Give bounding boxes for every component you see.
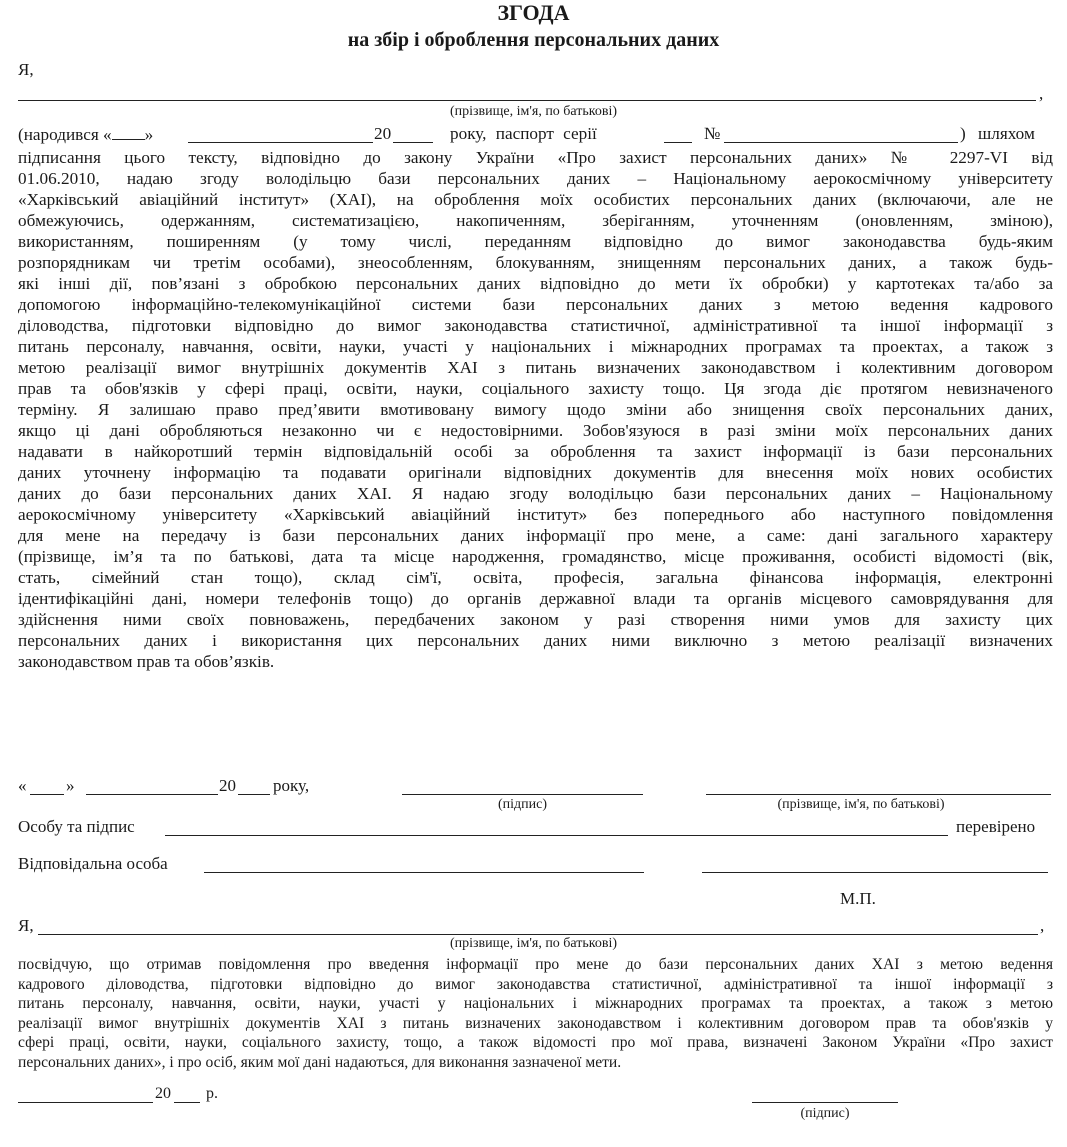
verified-label: Особу та підпис xyxy=(18,817,135,837)
paragraph-line: реалізації вимог внутрішніх документів Х… xyxy=(18,1014,1053,1034)
birth-passport-line: (народився «» xyxy=(18,124,153,145)
paragraph-line: питань персоналу, навчання, освіти, наук… xyxy=(18,336,1053,357)
paragraph-line: аерокосмічному університету «Харківський… xyxy=(18,504,1053,525)
verified-field[interactable] xyxy=(165,835,948,836)
passport-series-field[interactable] xyxy=(664,142,692,143)
ack-year-suffix: р. xyxy=(206,1085,218,1103)
sign-month-field[interactable] xyxy=(86,794,218,795)
responsible-label: Відповідальна особа xyxy=(18,854,168,874)
stamp-label: М.П. xyxy=(840,889,876,909)
paragraph-line: використанням, поширенням (у тому числі,… xyxy=(18,231,1053,252)
birth-year-prefix: 20 xyxy=(374,124,391,144)
sign-day-field[interactable] xyxy=(30,794,64,795)
birth-month-field[interactable] xyxy=(188,142,373,143)
ack-comma: , xyxy=(1040,916,1044,936)
sign-year-field[interactable] xyxy=(238,794,270,795)
paragraph-line: питань персоналу, навчання, освіти, наук… xyxy=(18,994,1053,1014)
paragraph-line: персональних даних і використання цих пе… xyxy=(18,630,1053,651)
paragraph-line: 01.06.2010, надаю згоду володільцю бази … xyxy=(18,168,1053,189)
paragraph-line: метою реалізації вимог внутрішніх докуме… xyxy=(18,357,1053,378)
paragraph-line: кадрового діловодства, підготовки відпов… xyxy=(18,975,1053,995)
document-subtitle: на збір і оброблення персональних даних xyxy=(0,29,1067,52)
ack-year-field[interactable] xyxy=(174,1102,200,1103)
paragraph-line: обмежуючись, одержанням, систематизацією… xyxy=(18,210,1053,231)
sign-year-prefix: 20 xyxy=(219,776,236,796)
signature-caption: (підпис) xyxy=(402,797,643,813)
paragraph-line: для мене на передачу із бази персональни… xyxy=(18,525,1053,546)
passport-number-label: № xyxy=(704,124,720,144)
sign-year-suffix: року, xyxy=(273,776,309,796)
verified-suffix: перевірено xyxy=(956,817,1035,837)
birth-year-field[interactable] xyxy=(393,142,433,143)
paragraph-line: розпорядникам чи третім особами), знеосо… xyxy=(18,252,1053,273)
full-name-field[interactable] xyxy=(18,100,1036,101)
ack-name-caption: (прізвище, ім'я, по батькові) xyxy=(0,936,1067,952)
paragraph-line: стать, сімейний стан тощо), склад сім'ї,… xyxy=(18,567,1053,588)
intro-ya-label: Я, xyxy=(18,60,34,80)
full-name-caption: (прізвище, ім'я, по батькові) xyxy=(0,104,1067,120)
ack-year-prefix: 20 xyxy=(155,1085,171,1103)
responsible-signature-field[interactable] xyxy=(204,872,644,873)
consent-paragraph: підписання цього тексту, відповідно до з… xyxy=(18,147,1053,672)
acknowledgement-paragraph: посвідчую, що отримав повідомлення про в… xyxy=(18,955,1053,1073)
birth-day-field[interactable] xyxy=(112,138,145,140)
paragraph-line: якщо ці дані обробляються незаконно чи є… xyxy=(18,420,1053,441)
signer-name-caption: (прізвище, ім'я, по батькові) xyxy=(706,797,1016,813)
paragraph-line: підписання цього тексту, відповідно до з… xyxy=(18,147,1053,168)
intro-comma: , xyxy=(1039,84,1043,104)
document-title: ЗГОДА xyxy=(0,0,1067,26)
paragraph-line: даних до бази персональних даних ХАІ. Я … xyxy=(18,483,1053,504)
paragraph-line: терміну. Я залишаю право пред’явити вмот… xyxy=(18,399,1053,420)
paragraph-line: прав та обов'язків у сфері праці, освіти… xyxy=(18,378,1053,399)
ack-ya-label: Я, xyxy=(18,916,34,936)
sign-date-open: « xyxy=(18,776,27,796)
paragraph-line: персональних даних», і про осіб, яким мо… xyxy=(18,1053,1053,1073)
signer-name-field[interactable] xyxy=(706,794,1051,795)
passport-series-label: року, паспорт серії xyxy=(450,124,597,144)
paragraph-line: діловодства, підготовки відповідно до ви… xyxy=(18,315,1053,336)
paragraph-line: сфері праці, освіти, науки, соціального … xyxy=(18,1033,1053,1053)
passport-tail: ) шляхом xyxy=(960,124,1035,144)
ack-date-field[interactable] xyxy=(18,1102,153,1103)
born-close-label: » xyxy=(145,125,154,144)
paragraph-line: надавати в найкоротший термін відповідал… xyxy=(18,441,1053,462)
paragraph-line: ідентифікаційні дані, номери телефонів т… xyxy=(18,588,1053,609)
paragraph-line: (прізвище, ім’я та по батькові, дата та … xyxy=(18,546,1053,567)
sign-date-close: » xyxy=(66,776,75,796)
ack-signature-field[interactable] xyxy=(752,1102,898,1103)
paragraph-line: здійснення ними своїх повноважень, перед… xyxy=(18,609,1053,630)
paragraph-line: які інші дії, пов’язані з обробкою персо… xyxy=(18,273,1053,294)
paragraph-line: «Харківський авіаційний інститут» (ХАІ),… xyxy=(18,189,1053,210)
born-open-label: (народився « xyxy=(18,125,112,144)
signature-field[interactable] xyxy=(402,794,643,795)
responsible-name-field[interactable] xyxy=(702,872,1048,873)
paragraph-line: даних уточнену інформацію та подавати ор… xyxy=(18,462,1053,483)
paragraph-line: законодавством прав та обов’язків. xyxy=(18,651,1053,672)
ack-signature-caption: (підпис) xyxy=(752,1106,898,1122)
passport-number-field[interactable] xyxy=(724,142,958,143)
paragraph-line: допомогою інформаційно-телекомунікаційно… xyxy=(18,294,1053,315)
paragraph-line: посвідчую, що отримав повідомлення про в… xyxy=(18,955,1053,975)
ack-full-name-field[interactable] xyxy=(38,934,1038,935)
